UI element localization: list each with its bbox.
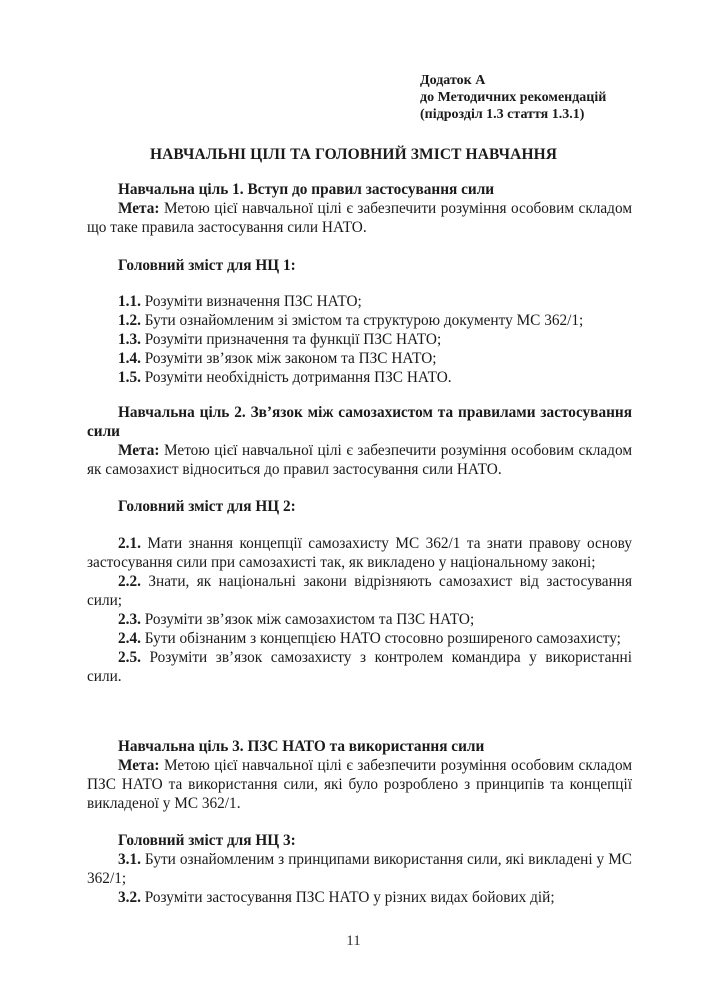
aim-label: Мета: xyxy=(118,442,159,459)
goal-2-items: 2.1. Мати знання концепції самозахисту М… xyxy=(87,534,632,686)
goal-2-content-heading: Головний зміст для НЦ 2: xyxy=(87,497,632,516)
goal-2-aim: Мета: Метою цієї навчальної цілі є забез… xyxy=(87,441,632,479)
annex-line-2: до Методичних рекомендацій xyxy=(420,89,606,106)
aim-label: Мета: xyxy=(118,757,159,774)
goal-1-section: Навчальна ціль 1. Вступ до правил застос… xyxy=(87,180,632,237)
aim-label: Мета: xyxy=(118,200,159,217)
list-item: 2.2. Знати, як національні закони відріз… xyxy=(87,572,632,610)
aim-text: Метою цієї навчальної цілі є забезпечити… xyxy=(87,442,632,478)
goal-2-section: Навчальна ціль 2. Зв’язок між самозахист… xyxy=(87,403,632,479)
annex-line-1: Додаток А xyxy=(420,72,606,89)
goal-1-content-heading-block: Головний зміст для НЦ 1: xyxy=(87,256,632,275)
page-number: 11 xyxy=(0,933,707,950)
document-page: Додаток А до Методичних рекомендацій (пі… xyxy=(0,0,707,1000)
goal-1-items: 1.1. Розуміти визначення ПЗС НАТО; 1.2. … xyxy=(87,292,632,387)
goal-2-heading: Навчальна ціль 2. Зв’язок між самозахист… xyxy=(87,403,632,441)
goal-3-section: Навчальна ціль 3. ПЗС НАТО та використан… xyxy=(87,737,632,813)
goal-2-content-heading-block: Головний зміст для НЦ 2: xyxy=(87,497,632,516)
goal-3-content-heading: Головний зміст для НЦ 3: xyxy=(87,831,632,850)
goal-3-aim: Мета: Метою цієї навчальної цілі є забез… xyxy=(87,756,632,813)
list-item: 1.2. Бути ознайомленим зі змістом та стр… xyxy=(118,311,632,330)
list-item: 2.5. Розуміти зв’язок самозахисту з конт… xyxy=(87,648,632,686)
page-title: НАВЧАЛЬНІ ЦІЛІ ТА ГОЛОВНИЙ ЗМІСТ НАВЧАНН… xyxy=(0,146,707,164)
goal-1-content-heading: Головний зміст для НЦ 1: xyxy=(87,256,632,275)
goal-3-heading: Навчальна ціль 3. ПЗС НАТО та використан… xyxy=(87,737,632,756)
list-item: 3.1. Бути ознайомленим з принципами вико… xyxy=(87,850,632,888)
goal-1-aim: Мета: Метою цієї навчальної цілі є забез… xyxy=(87,199,632,237)
list-item: 1.5. Розуміти необхідність дотримання ПЗ… xyxy=(118,368,632,387)
aim-text: Метою цієї навчальної цілі є забезпечити… xyxy=(87,200,632,236)
goal-1-heading: Навчальна ціль 1. Вступ до правил застос… xyxy=(87,180,632,199)
list-item: 3.2. Розуміти застосування ПЗС НАТО у рі… xyxy=(87,888,632,907)
annex-line-3: (підрозділ 1.3 стаття 1.3.1) xyxy=(420,106,606,123)
list-item: 2.4. Бути обізнаним з концепцією НАТО ст… xyxy=(87,629,632,648)
list-item: 2.3. Розуміти зв’язок між самозахистом т… xyxy=(87,610,632,629)
goal-3-content: Головний зміст для НЦ 3: 3.1. Бути ознай… xyxy=(87,831,632,907)
list-item: 1.1. Розуміти визначення ПЗС НАТО; xyxy=(118,292,632,311)
list-item: 2.1. Мати знання концепції самозахисту М… xyxy=(87,534,632,572)
aim-text: Метою цієї навчальної цілі є забезпечити… xyxy=(87,757,632,812)
annex-reference: Додаток А до Методичних рекомендацій (пі… xyxy=(420,72,606,123)
list-item: 1.4. Розуміти зв’язок між законом та ПЗС… xyxy=(118,349,632,368)
list-item: 1.3. Розуміти призначення та функції ПЗС… xyxy=(118,330,632,349)
